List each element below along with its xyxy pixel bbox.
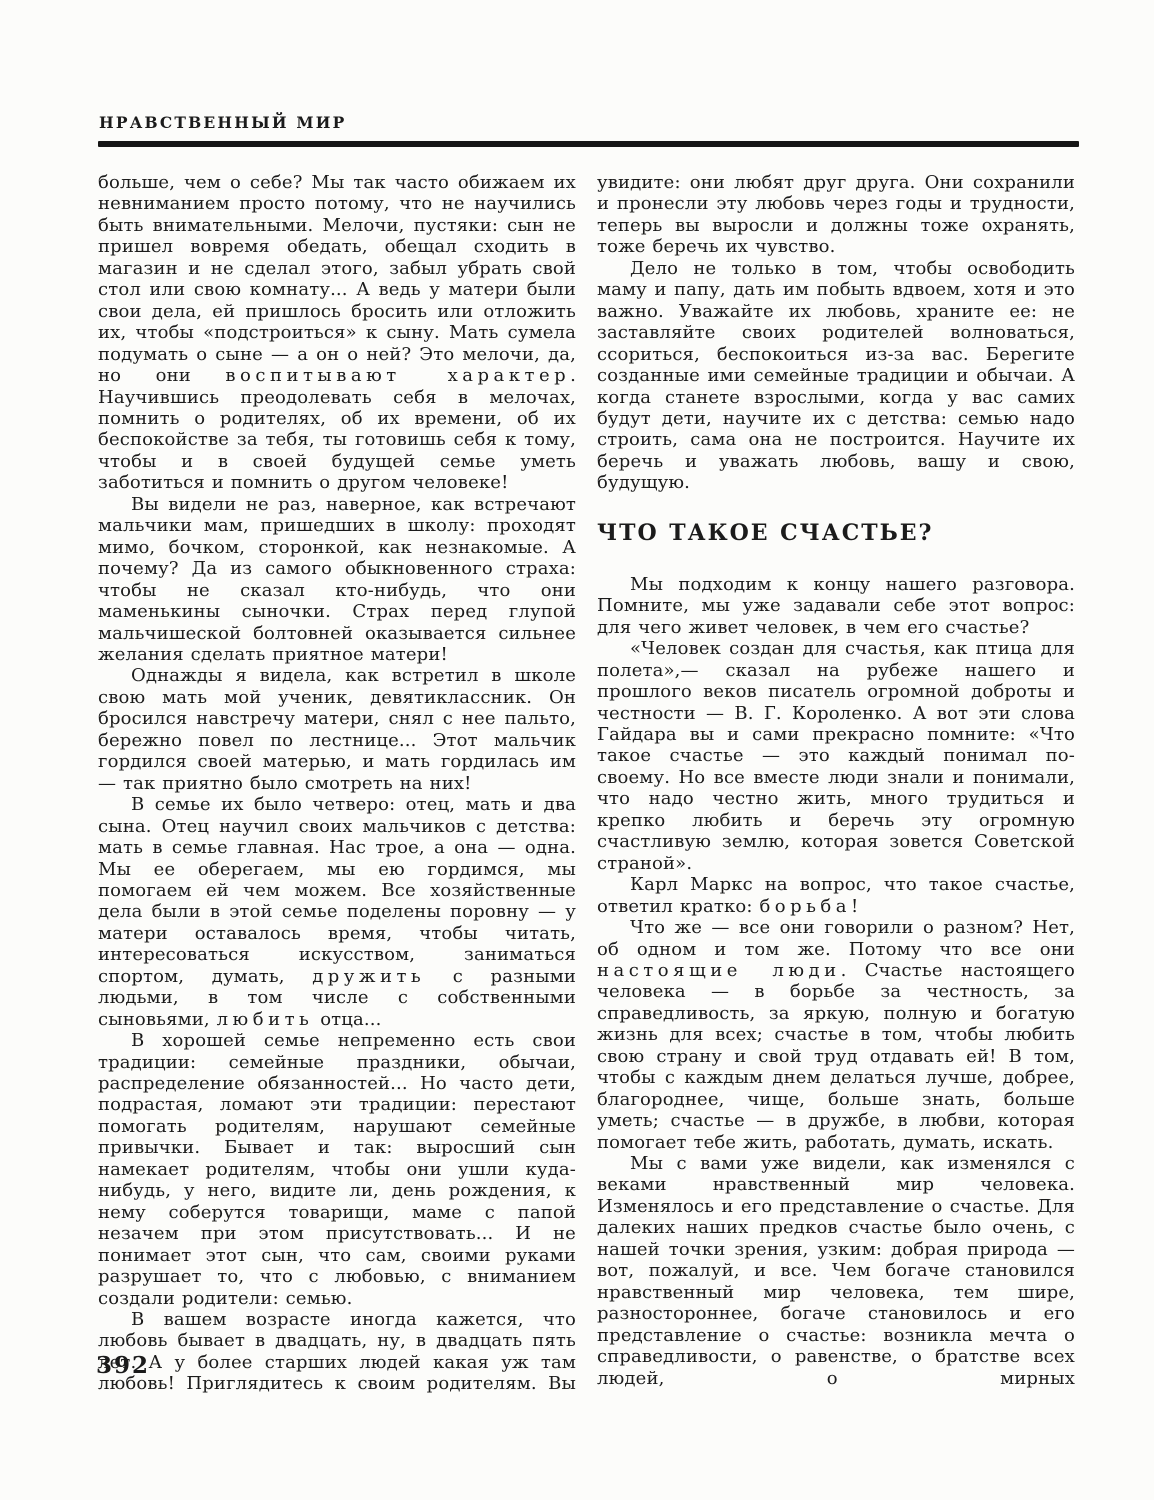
right-column-top: увидите: они любят друг друга. Они сохра… bbox=[597, 172, 1075, 494]
right-column: увидите: они любят друг друга. Они сохра… bbox=[597, 172, 1075, 1395]
left-column: больше, чем о себе? Мы так часто обижаем… bbox=[98, 172, 576, 1395]
paragraph: В вашем возрасте иногда кажется, что люб… bbox=[98, 1309, 576, 1395]
book-page: НРАВСТВЕННЫЙ МИР больше, чем о себе? Мы … bbox=[0, 0, 1154, 1500]
paragraph: больше, чем о себе? Мы так часто обижаем… bbox=[98, 172, 576, 494]
paragraph: Вы видели не раз, наверное, как встречаю… bbox=[98, 494, 576, 666]
running-head: НРАВСТВЕННЫЙ МИР bbox=[99, 113, 346, 132]
paragraph: В хорошей семье непременно есть свои тра… bbox=[98, 1030, 576, 1309]
paragraph: В семье их было четверо: отец, мать и дв… bbox=[98, 794, 576, 1030]
paragraph: Однажды я видела, как встретил в школе с… bbox=[98, 665, 576, 794]
text-columns: больше, чем о себе? Мы так часто обижаем… bbox=[98, 172, 1075, 1395]
right-column-bottom: Мы подходим к концу нашего разговора. По… bbox=[597, 574, 1075, 1389]
page-number: 392 bbox=[96, 1352, 150, 1379]
paragraph: Карл Маркс на вопрос, что такое счастье,… bbox=[597, 874, 1075, 917]
paragraph: Мы подходим к концу нашего разговора. По… bbox=[597, 574, 1075, 638]
paragraph: Что же — все они говорили о разном? Нет,… bbox=[597, 917, 1075, 1153]
paragraph: увидите: они любят друг друга. Они сохра… bbox=[597, 172, 1075, 258]
paragraph: «Человек создан для счастья, как птица д… bbox=[597, 638, 1075, 874]
header-rule bbox=[98, 141, 1079, 147]
paragraph: Дело не только в том, чтобы освободить м… bbox=[597, 258, 1075, 494]
section-heading: ЧТО ТАКОЕ СЧАСТЬЕ? bbox=[597, 522, 1075, 544]
paragraph: Мы с вами уже видели, как изменялся с ве… bbox=[597, 1153, 1075, 1389]
